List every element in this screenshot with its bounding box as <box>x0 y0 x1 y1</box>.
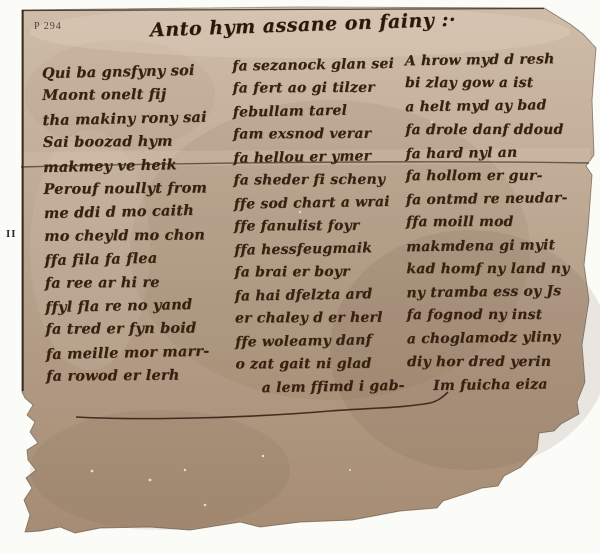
manuscript-line: me ddi d mo caith <box>44 198 244 226</box>
text-column-2: fa sezanock glan sei fa fert ao gi tilze… <box>232 53 426 400</box>
manuscript-line: Sai boozad hym <box>43 129 243 154</box>
manuscript-line: ffe fanulist foyr <box>234 215 424 239</box>
manuscript-line: o zat gait ni glad <box>235 352 425 376</box>
manuscript-line: kad homf ny land ny <box>406 258 596 282</box>
manuscript-line: mo cheyld mo chon <box>44 223 244 248</box>
manuscript-line: Maont onelt fij <box>42 83 242 108</box>
manuscript-line: ny tramba ess oy Js <box>406 280 596 306</box>
text-column-3: A hrow myd d resh bi zlay gow a ist a he… <box>405 48 597 397</box>
manuscript-line: fa hellou er ymer <box>233 144 423 170</box>
manuscript-line: er chaley d er herl <box>235 306 425 330</box>
manuscript-line: tha makiny rony sai <box>42 105 242 133</box>
manuscript-line: fa brai er boyr <box>234 261 424 285</box>
manuscript-line: Im fuicha eiza <box>433 373 597 398</box>
manuscript-line: fa hai dfelzta ard <box>235 282 425 308</box>
manuscript-line: a lem ffimd i gab- <box>261 374 425 400</box>
manuscript-line: fa rowod er lerh <box>46 363 246 388</box>
manuscript-line: bi zlay gow a ist <box>405 72 595 96</box>
manuscript-line: fa hollom er gur- <box>406 165 596 189</box>
manuscript-line: Qui ba gnsfyny soi <box>42 58 242 86</box>
manuscript-line: a helt myd ay bad <box>405 94 595 120</box>
manuscript-line: fa meille mor marr- <box>46 339 246 367</box>
manuscript-line: makmey ve heik <box>43 152 243 180</box>
manuscript-line: fam exsnod verar <box>233 123 423 147</box>
manuscript-line: ffa moill mod <box>406 211 596 235</box>
manuscript-line: fa fognod ny inst <box>407 304 597 328</box>
manuscript-line: A hrow myd d resh <box>405 48 595 74</box>
manuscript-line: fa fert ao gi tilzer <box>232 77 422 101</box>
manuscript-line: fa ree ar hi re <box>45 270 245 295</box>
manuscript-line: diy hor dred yerin <box>407 350 597 374</box>
text-column-1: Qui ba gnsfyny soi Maont onelt fij tha m… <box>42 59 247 389</box>
manuscript-line: ffe sod chart a wrai <box>234 190 424 216</box>
manuscript-line: fa tred er fyn boid <box>45 317 245 342</box>
manuscript-line: ffa fila fa flea <box>44 245 244 273</box>
manuscript-line: fa sheder fi scheny <box>233 169 423 193</box>
manuscript-line: a choglamodz yliny <box>407 326 597 352</box>
manuscript-line: fa ontmd re neudar- <box>406 187 596 213</box>
manuscript-line: fa hard nyl an <box>405 140 595 166</box>
manuscript-photo: P 294 II Anto hym assane on fainy :· Qui… <box>0 0 600 553</box>
manuscript-line: makmdena gi myit <box>406 233 596 259</box>
manuscript-line: ffe woleamy danf <box>235 328 425 354</box>
page-number-label: P 294 <box>34 21 62 32</box>
folio-margin-label: II <box>6 228 17 240</box>
manuscript-line: ffa hessfeugmaik <box>234 236 424 262</box>
manuscript-line: fa sezanock glan sei <box>232 52 422 78</box>
manuscript-line: fa drole danf ddoud <box>405 118 595 142</box>
manuscript-line: febullam tarel <box>233 98 423 124</box>
